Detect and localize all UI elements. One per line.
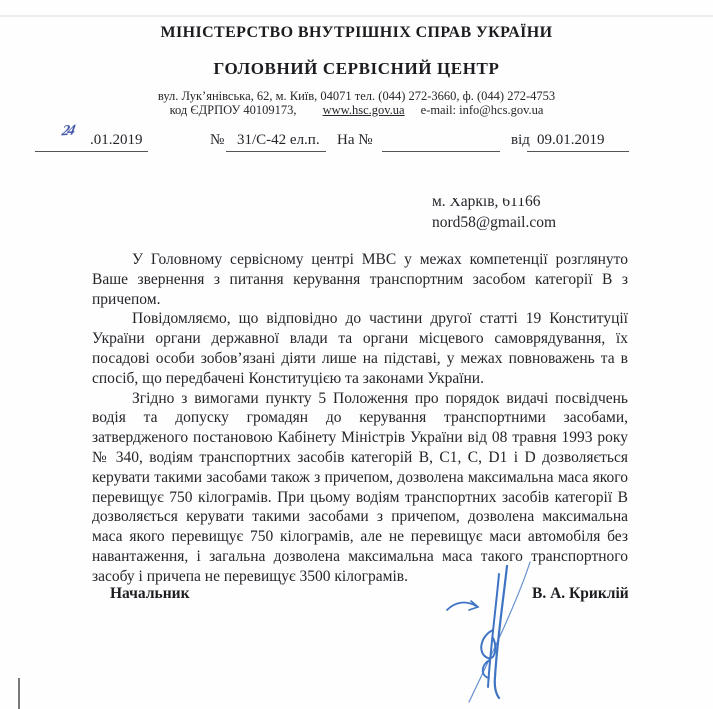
incoming-date-underline — [527, 151, 629, 152]
ministry-title: МІНІСТЕРСТВО ВНУТРІШНІХ СПРАВ УКРАЇНИ — [0, 24, 713, 42]
scanned-letter-page: МІНІСТЕРСТВО ВНУТРІШНІХ СПРАВ УКРАЇНИ ГО… — [0, 0, 713, 709]
letterhead-address: вул. Лук’янівська, 62, м. Київ, 04071 те… — [0, 89, 713, 104]
handwritten-date-day: 24 — [60, 123, 74, 141]
letter-body: У Головному сервісному центрі МВС у межа… — [92, 250, 628, 587]
incoming-number-underline — [382, 151, 500, 152]
outgoing-date: .01.2019 — [90, 132, 143, 149]
from-label: від — [511, 132, 530, 149]
service-center-title: ГОЛОВНИЙ СЕРВІСНИЙ ЦЕНТР — [0, 59, 713, 79]
email-text: e-mail: info@hcs.gov.ua — [421, 103, 544, 117]
outgoing-number-underline — [226, 151, 326, 152]
website-link: www.hsc.gov.ua — [323, 103, 405, 117]
incoming-date: 09.01.2019 — [537, 132, 605, 149]
signer-position: Начальник — [110, 585, 190, 603]
letterhead-contacts: код ЄДРПОУ 40109173,www.hsc.gov.uae-mail… — [0, 103, 713, 118]
outgoing-number: 31/С-42 ел.п. — [237, 132, 320, 149]
incoming-label: На № — [337, 132, 373, 149]
handwritten-signature — [433, 552, 543, 707]
recipient-email: nord58@gmail.com — [432, 212, 556, 233]
date-underline — [35, 151, 148, 152]
edrpou-code: код ЄДРПОУ 40109173, — [170, 103, 297, 117]
scan-edge-artifact-top — [0, 15, 713, 17]
paragraph-regulation: Згідно з вимогами пункту 5 Положення про… — [92, 389, 628, 587]
number-sign: № — [210, 132, 224, 149]
paragraph-intro: У Головному сервісному центрі МВС у межа… — [92, 250, 628, 309]
signer-name: В. А. Криклій — [532, 585, 629, 603]
paragraph-constitution: Повідомляємо, що відповідно до частини д… — [92, 309, 628, 388]
redaction-overlay — [430, 189, 524, 198]
scan-edge-artifact-left — [18, 678, 20, 709]
